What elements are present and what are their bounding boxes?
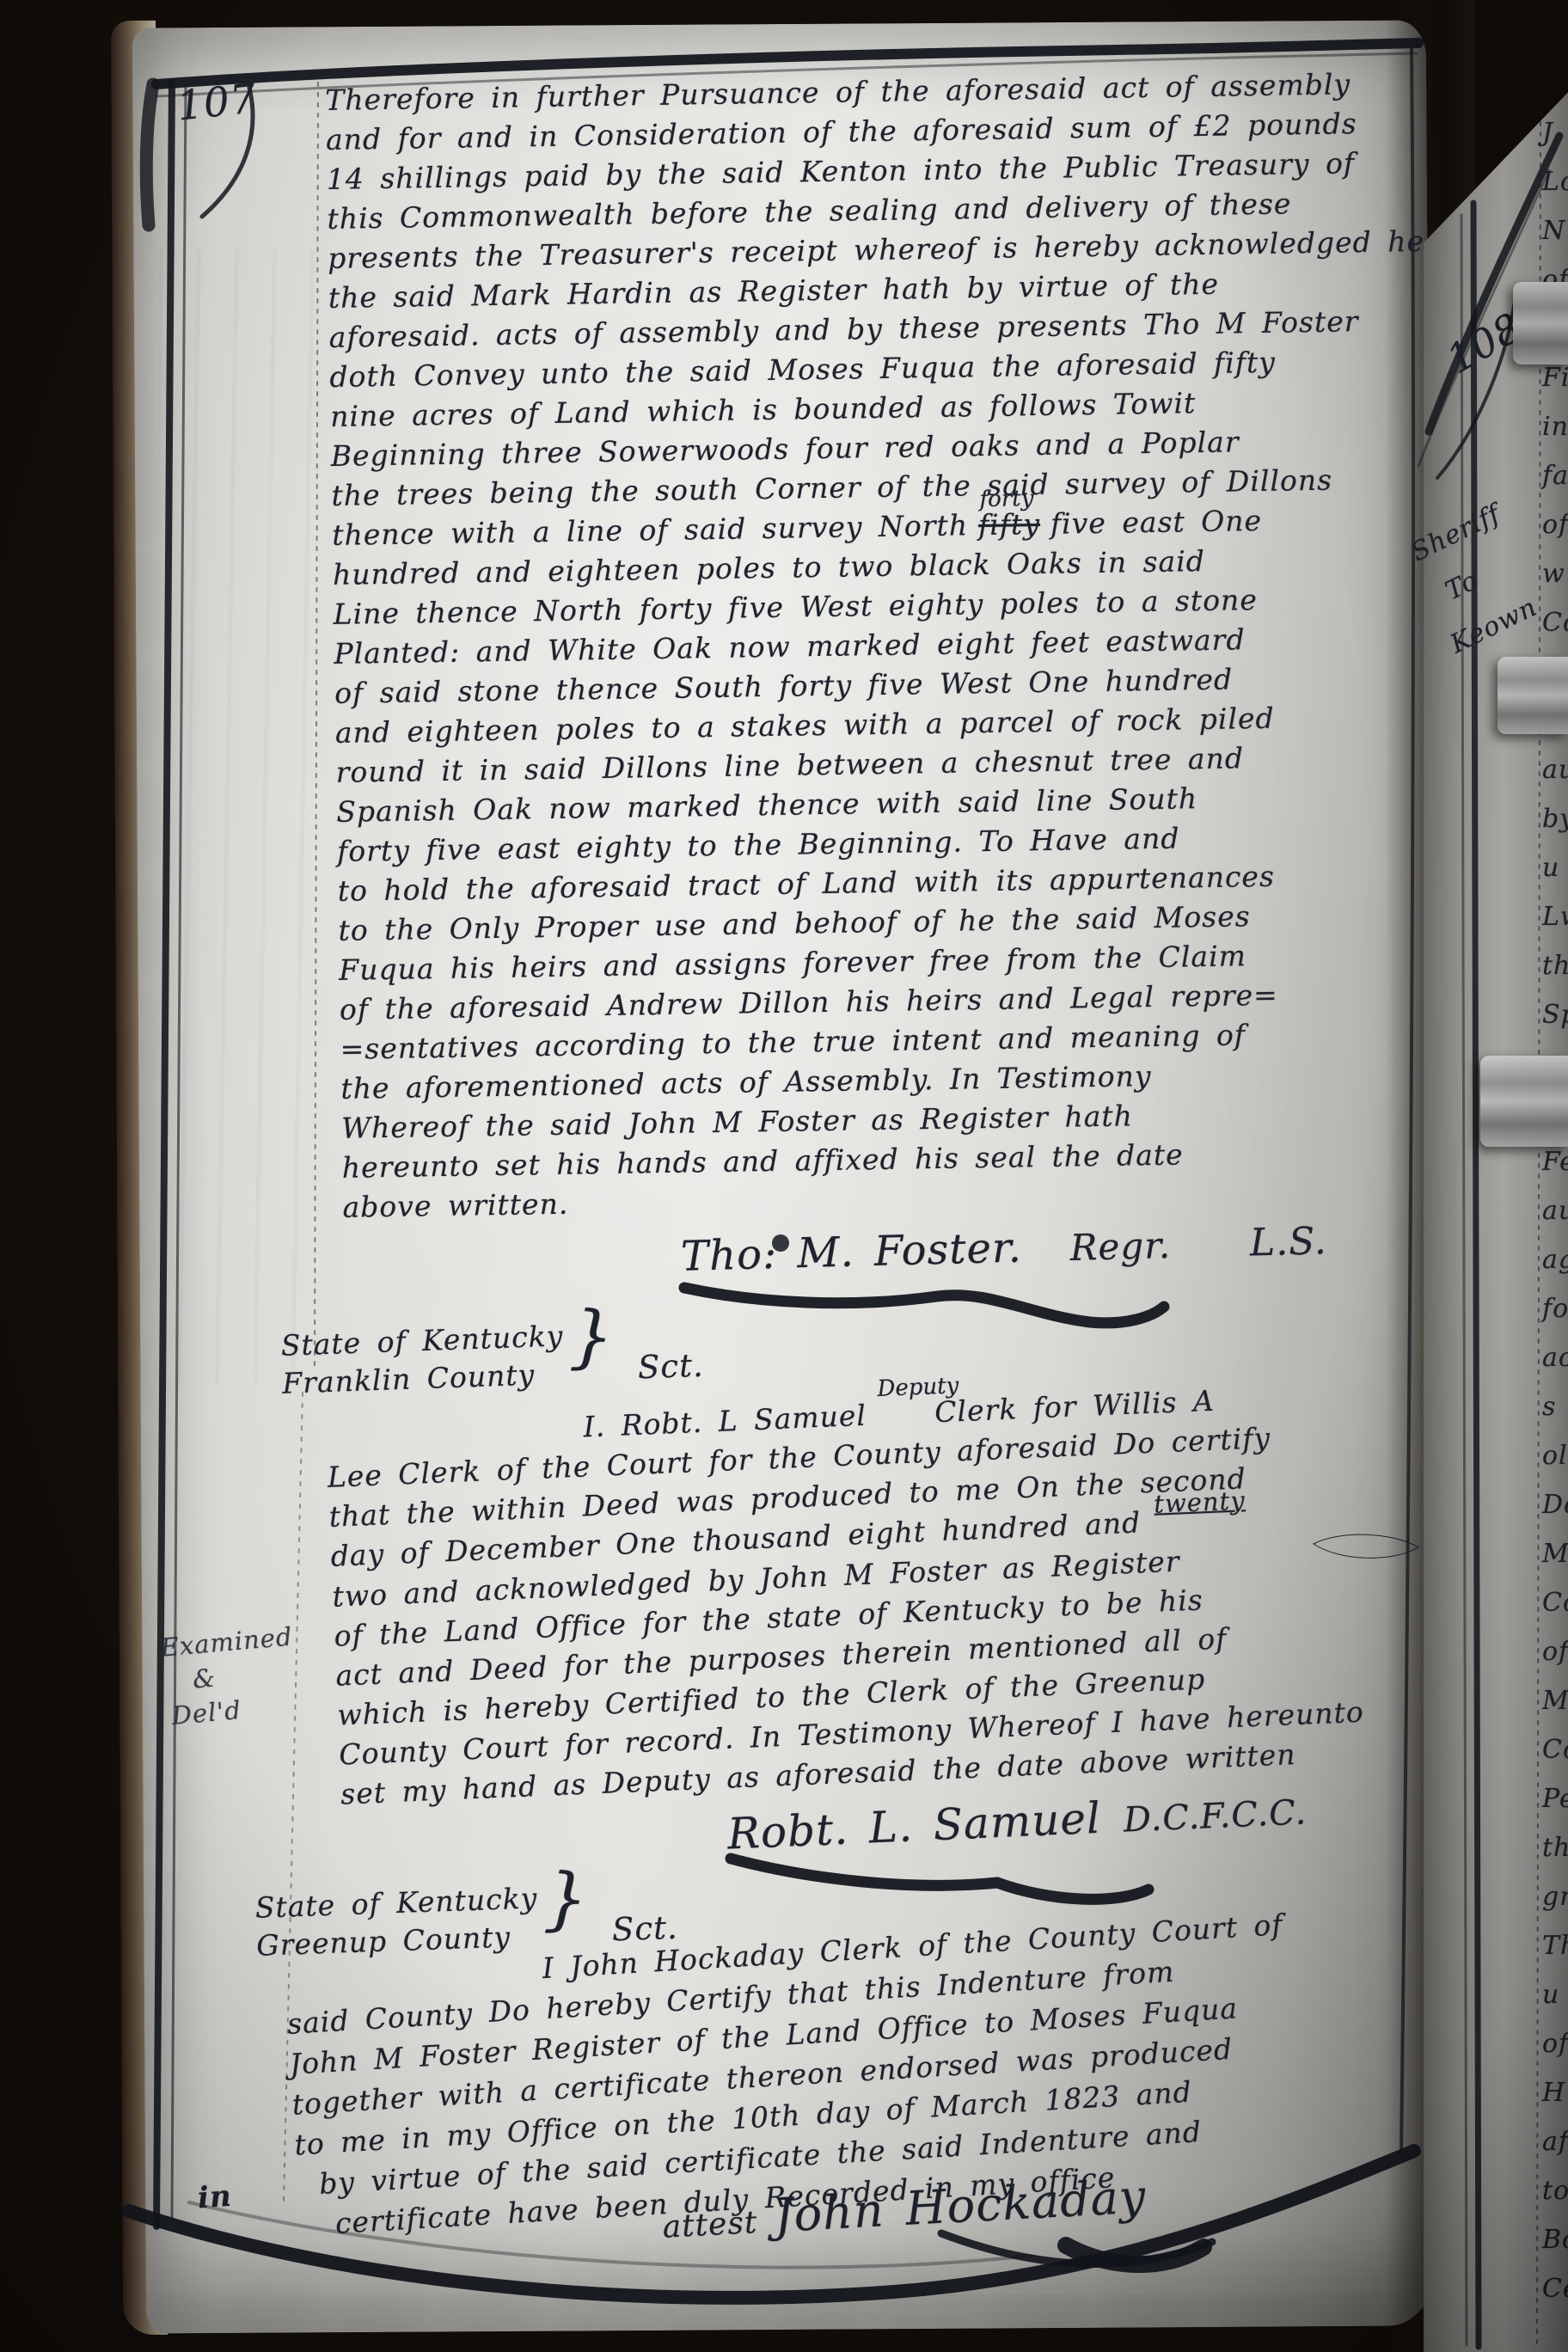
correction-group: fortyfifty <box>978 505 1041 545</box>
page-number: 107 <box>175 75 259 130</box>
signature-suffix: D.C.F.C.C. <box>1123 1792 1308 1840</box>
handwriting-line: fo <box>1542 1284 1568 1333</box>
handwriting-line: Ce <box>1542 2264 1568 2313</box>
handwriting-line: of <box>1542 2019 1568 2068</box>
metal-clip <box>1480 1056 1568 1147</box>
brace-mark: } <box>543 1879 589 1919</box>
inserted-word-twenty: twenty <box>1153 1480 1246 1523</box>
handwriting-line: fa <box>1542 451 1568 500</box>
samuel-underline-flourish <box>731 1859 1148 1899</box>
handwriting-line: Pe <box>1542 1774 1568 1823</box>
handwriting-line: the <box>1542 941 1568 990</box>
handwriting-line: to <box>1542 2166 1568 2215</box>
handwriting-line: J <box>1542 108 1568 157</box>
handwriting-line: acr <box>1542 1333 1568 1382</box>
handwriting-line: of <box>1542 500 1568 549</box>
inserted-word: forty <box>979 479 1034 519</box>
handwriting-line: w <box>1542 549 1568 598</box>
left-border-line <box>156 83 172 2226</box>
handwriting-line: De <box>1542 1480 1568 1529</box>
right-page-margin-rule <box>1537 112 1540 2347</box>
correction-pre-text: thence with a line of said survey North <box>332 508 968 552</box>
sct-abbreviation: Sct. <box>637 1347 704 1387</box>
deed-lines-before: Therefore in further Pursuance of the af… <box>325 64 1424 516</box>
handwriting-line: gr <box>1542 1872 1568 1921</box>
handwriting-line: s <box>1542 1382 1568 1431</box>
deed-paragraph: Therefore in further Pursuance of the af… <box>325 64 1435 1228</box>
handwriting-line: Cou <box>1542 1578 1568 1627</box>
signature-name: Tho: M. Foster. <box>680 1223 1022 1280</box>
insertion-group: Deputy <box>876 1393 925 1435</box>
handwriting-line: u <box>1542 1970 1568 2019</box>
photo-of-deed-book-page: 107 Therefore in further Pursuance of th… <box>0 0 1568 2352</box>
left-corner-smudge <box>146 84 153 225</box>
handwriting-line: u <box>1542 843 1568 892</box>
handwriting-line: Cou <box>1542 598 1568 647</box>
inserted-word-deputy: Deputy <box>877 1366 960 1409</box>
signature-title: Regr. <box>1069 1224 1171 1269</box>
correction-post-text: five east One <box>1050 504 1263 541</box>
handwriting-line: Lou <box>1542 157 1568 206</box>
brace-mark: } <box>569 1317 615 1357</box>
examined-margin-note: Examined&Del'd <box>159 1620 300 1734</box>
seal-mark: L.S. <box>1249 1219 1327 1265</box>
handwriting-line: auly <box>1542 745 1568 794</box>
deed-lines-after: hundred and eighteen poles to two black … <box>333 538 1435 1228</box>
handwriting-line: by <box>1542 794 1568 843</box>
handwriting-line: The <box>1542 1921 1568 1970</box>
handwriting-line: in <box>1542 402 1568 451</box>
handwriting-line: N <box>1542 206 1568 255</box>
handwriting-line: of <box>1542 1627 1568 1676</box>
franklin-certification-paragraph: I. Robt. L SamuelDeputy Clerk for Willis… <box>325 1372 1449 1815</box>
franklin-lines-after: two and acknowledged by John M Foster as… <box>332 1531 1449 1815</box>
handwriting-line: the <box>1542 1823 1568 1872</box>
handwriting-line: Lw <box>1542 892 1568 941</box>
margin-rule-upper <box>315 83 318 1371</box>
right-page-text-fragments: JLouNofofFieinfaofwCouexeforaulybyuLwthe… <box>1542 108 1568 2313</box>
handwriting-line: Cou <box>1542 1725 1568 1774</box>
handwriting-line: M <box>1542 1529 1568 1578</box>
handwriting-line: ag <box>1542 1235 1568 1284</box>
handwriting-line: af <box>1542 2117 1568 2166</box>
handwriting-line: Spo <box>1542 990 1568 1039</box>
metal-clip <box>1498 657 1568 734</box>
handwriting-line: M <box>1542 1676 1568 1725</box>
handwriting-line: Bo <box>1542 2215 1568 2264</box>
metal-clip <box>1513 282 1568 364</box>
handwriting-line: H <box>1542 2068 1568 2117</box>
attest-label: attest <box>662 2205 759 2245</box>
left-border-echo <box>172 86 186 2218</box>
handwriting-line: ol <box>1542 1431 1568 1480</box>
handwriting-line: au <box>1542 1186 1568 1235</box>
margin-mark: in <box>197 2179 233 2216</box>
